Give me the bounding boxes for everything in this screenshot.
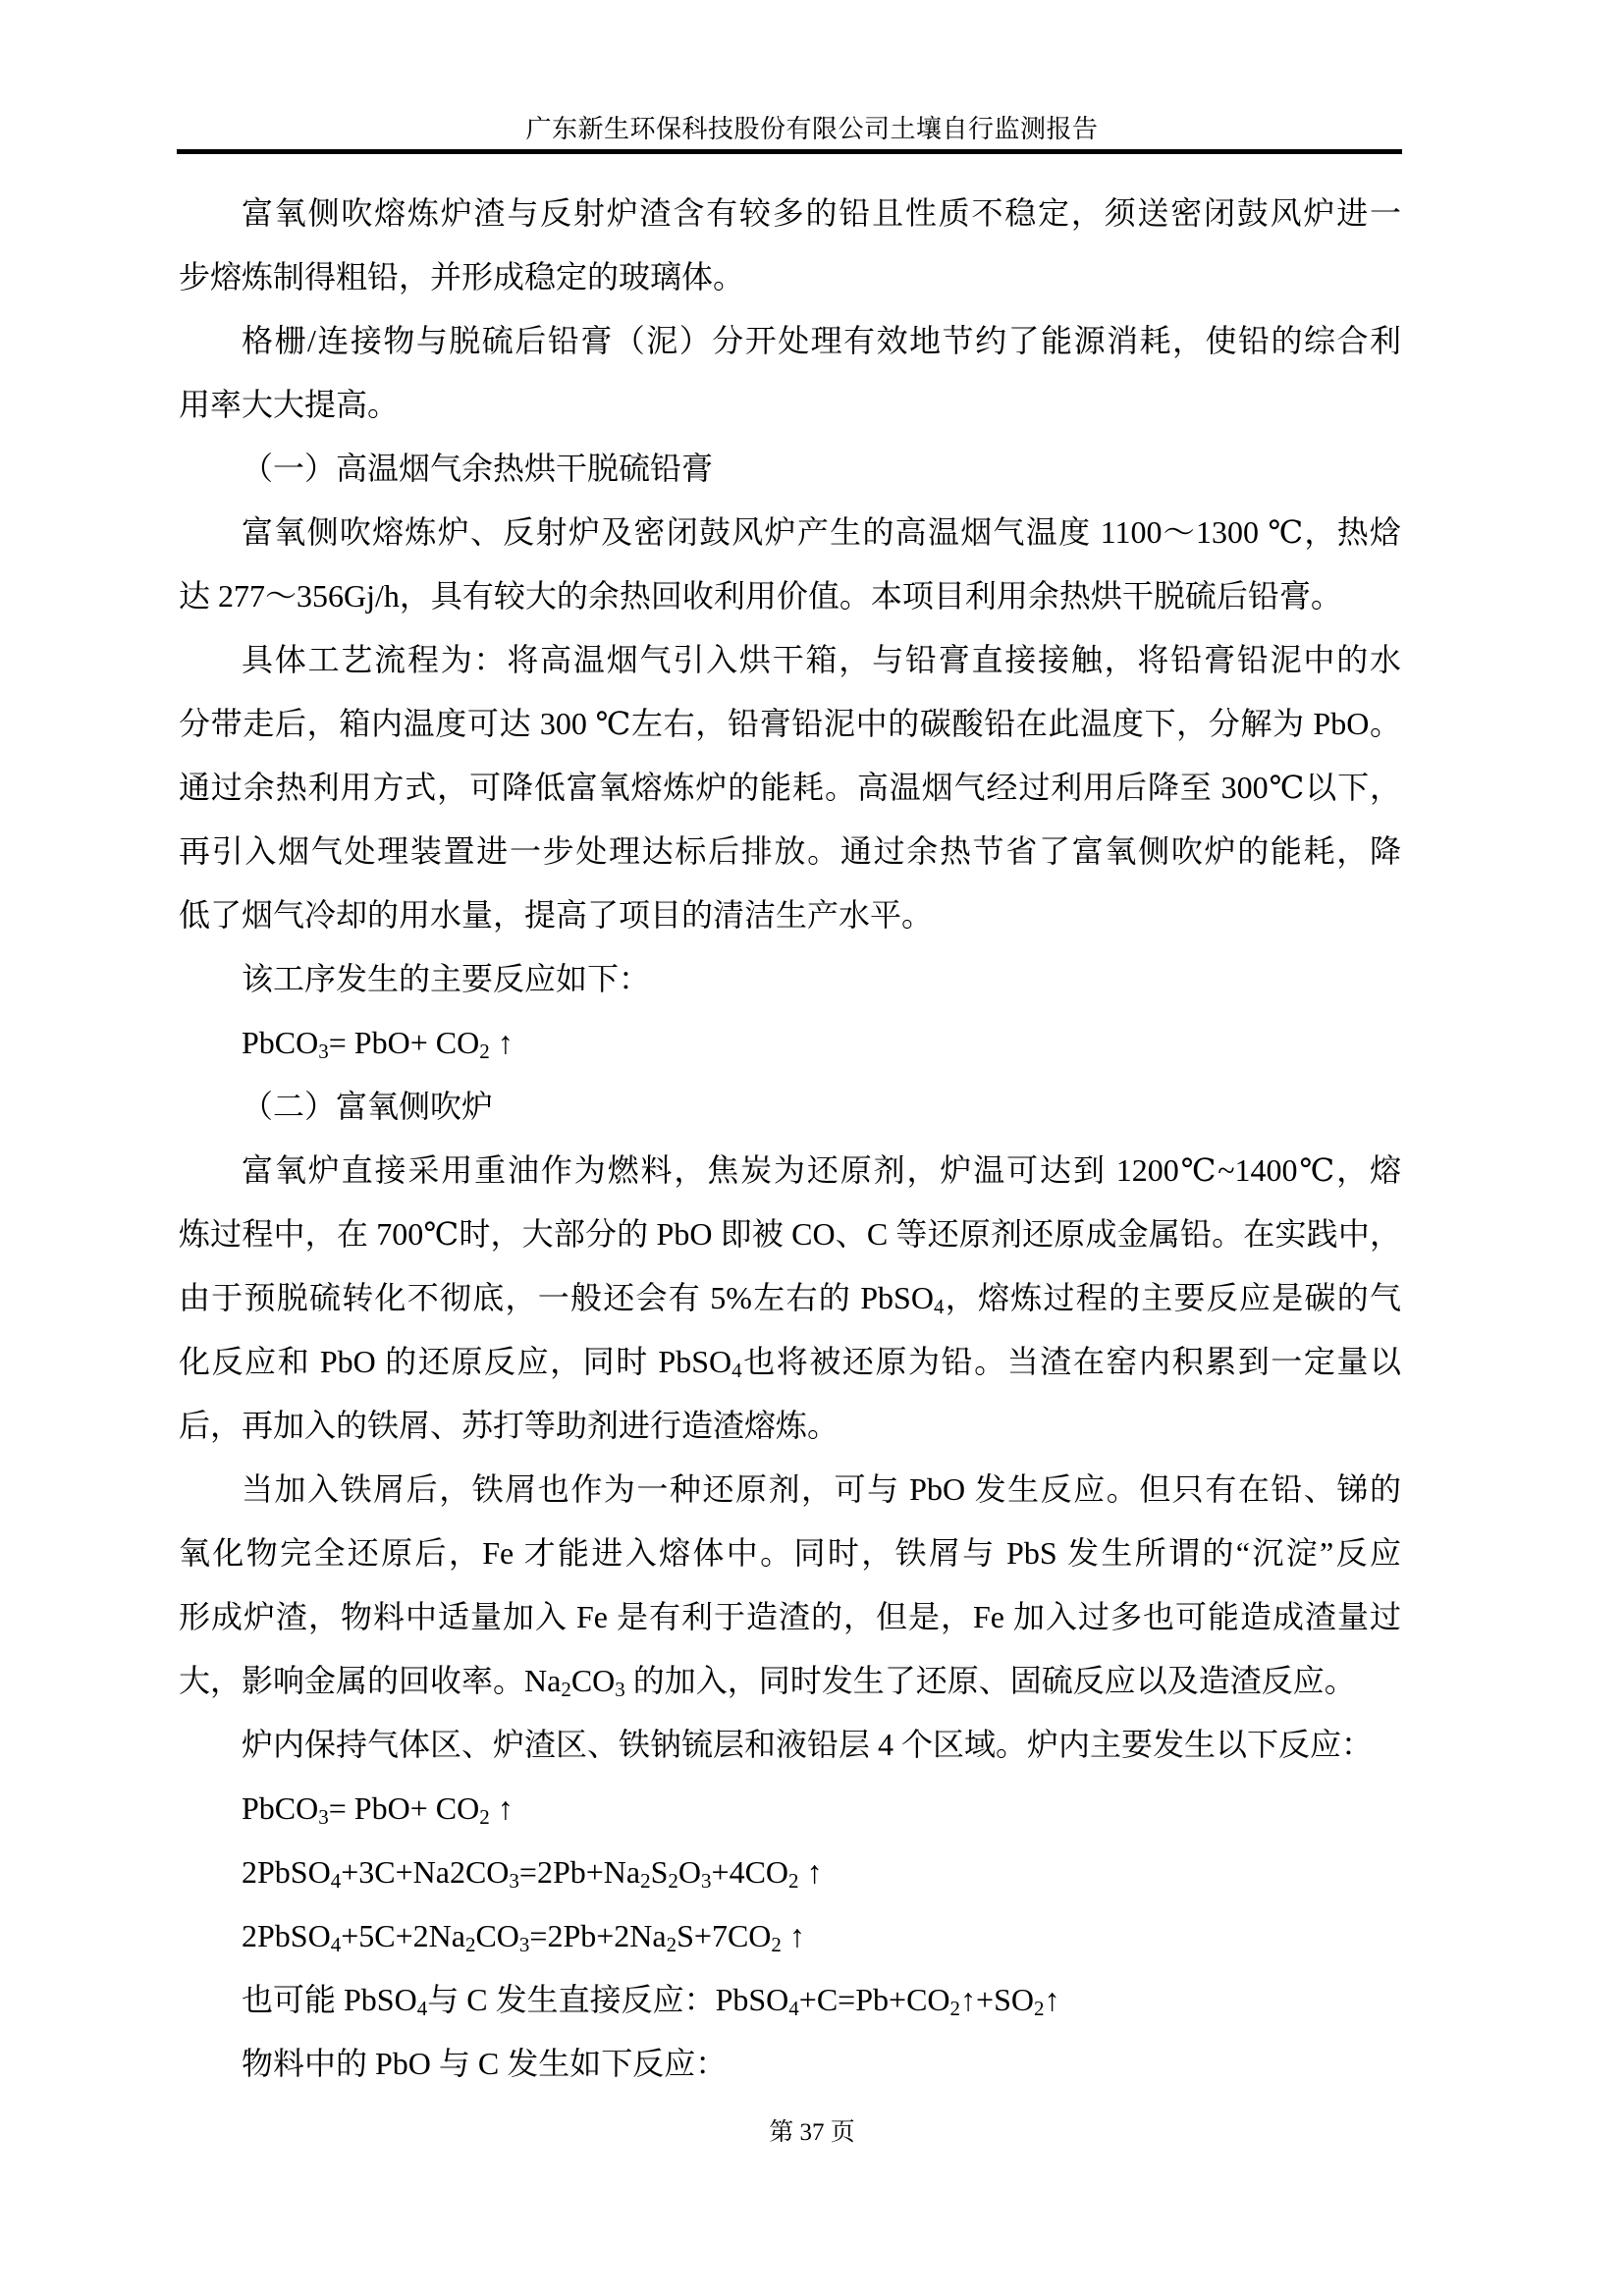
text-line-9: 分带走后，箱内温度可达 300 ℃左右，铅膏铅泥中的碳酸铅在此温度下，分解为 P…: [179, 692, 1401, 756]
text-line-27: 2PbSO4+3C+Na2CO3=2Pb+Na2S2O3+4CO2 ↑: [179, 1841, 1401, 1904]
text-line-2: 步熔炼制得粗铅，并形成稳定的玻璃体。: [179, 245, 1401, 309]
text-line-29: 也可能 PbSO4与 C 发生直接反应：PbSO4+C=Pb+CO2↑+SO2↑: [179, 1968, 1401, 2032]
text-line-18: 由于预脱硫转化不彻底，一般还会有 5%左右的 PbSO4，熔炼过程的主要反应是碳…: [179, 1266, 1401, 1330]
page-number: 第 37 页: [769, 2119, 855, 2146]
text-line-14: PbCO3= PbO+ CO2 ↑: [179, 1011, 1401, 1075]
text-line-6: 富氧侧吹熔炼炉、反射炉及密闭鼓风炉产生的高温烟气温度 1100～1300 ℃，热…: [179, 501, 1401, 564]
text-line-21: 当加入铁屑后，铁屑也作为一种还原剂，可与 PbO 发生反应。但只有在铅、锑的: [179, 1458, 1401, 1522]
text-line-4: 用率大大提高。: [179, 373, 1401, 437]
text-line-12: 低了烟气冷却的用水量，提高了项目的清洁生产水平。: [179, 883, 1401, 947]
text-line-8: 具体工艺流程为：将高温烟气引入烘干箱，与铅膏直接接触，将铅膏铅泥中的水: [179, 628, 1401, 692]
text-line-20: 后，再加入的铁屑、苏打等助剂进行造渣熔炼。: [179, 1394, 1401, 1458]
text-line-26: PbCO3= PbO+ CO2 ↑: [179, 1777, 1401, 1841]
text-line-22: 氧化物完全还原后，Fe 才能进入熔体中。同时，铁屑与 PbS 发生所谓的“沉淀”…: [179, 1522, 1401, 1585]
page-footer: 第 37 页: [0, 2116, 1624, 2150]
page-header: 广东新生环保科技股份有限公司土壤自行监测报告: [0, 112, 1624, 147]
text-line-15: （二）富氧侧吹炉: [179, 1075, 1401, 1139]
text-line-5: （一）高温烟气余热烘干脱硫铅膏: [179, 437, 1401, 501]
text-line-3: 格栅/连接物与脱硫后铅膏（泥）分开处理有效地节约了能源消耗，使铅的综合利: [179, 309, 1401, 373]
text-line-25: 炉内保持气体区、炉渣区、铁钠锍层和液铅层 4 个区域。炉内主要发生以下反应：: [179, 1713, 1401, 1777]
text-line-23: 形成炉渣，物料中适量加入 Fe 是有利于造渣的，但是，Fe 加入过多也可能造成渣…: [179, 1585, 1401, 1649]
document-page: 广东新生环保科技股份有限公司土壤自行监测报告 富氧侧吹熔炼炉渣与反射炉渣含有较多…: [0, 0, 1624, 2296]
text-line-7: 达 277～356Gj/h，具有较大的余热回收利用价值。本项目利用余热烘干脱硫后…: [179, 564, 1401, 628]
text-line-13: 该工序发生的主要反应如下：: [179, 947, 1401, 1011]
text-line-11: 再引入烟气处理装置进一步处理达标后排放。通过余热节省了富氧侧吹炉的能耗，降: [179, 820, 1401, 883]
text-line-16: 富氧炉直接采用重油作为燃料，焦炭为还原剂，炉温可达到 1200℃~1400℃，熔: [179, 1139, 1401, 1202]
document-body: 富氧侧吹熔炼炉渣与反射炉渣含有较多的铅且性质不稳定，须送密闭鼓风炉进一步熔炼制得…: [179, 182, 1401, 2096]
header-title: 广东新生环保科技股份有限公司土壤自行监测报告: [525, 115, 1098, 143]
text-line-24: 大，影响金属的回收率。Na2CO3 的加入，同时发生了还原、固硫反应以及造渣反应…: [179, 1649, 1401, 1713]
text-line-17: 炼过程中，在 700℃时，大部分的 PbO 即被 CO、C 等还原剂还原成金属铅…: [179, 1202, 1401, 1266]
text-line-28: 2PbSO4+5C+2Na2CO3=2Pb+2Na2S+7CO2 ↑: [179, 1904, 1401, 1968]
text-line-1: 富氧侧吹熔炼炉渣与反射炉渣含有较多的铅且性质不稳定，须送密闭鼓风炉进一: [179, 182, 1401, 245]
header-rule: [177, 149, 1402, 154]
text-line-10: 通过余热利用方式，可降低富氧熔炼炉的能耗。高温烟气经过利用后降至 300℃以下，: [179, 756, 1401, 820]
text-line-30: 物料中的 PbO 与 C 发生如下反应：: [179, 2032, 1401, 2096]
text-line-19: 化反应和 PbO 的还原反应，同时 PbSO4也将被还原为铅。当渣在窑内积累到一…: [179, 1330, 1401, 1394]
